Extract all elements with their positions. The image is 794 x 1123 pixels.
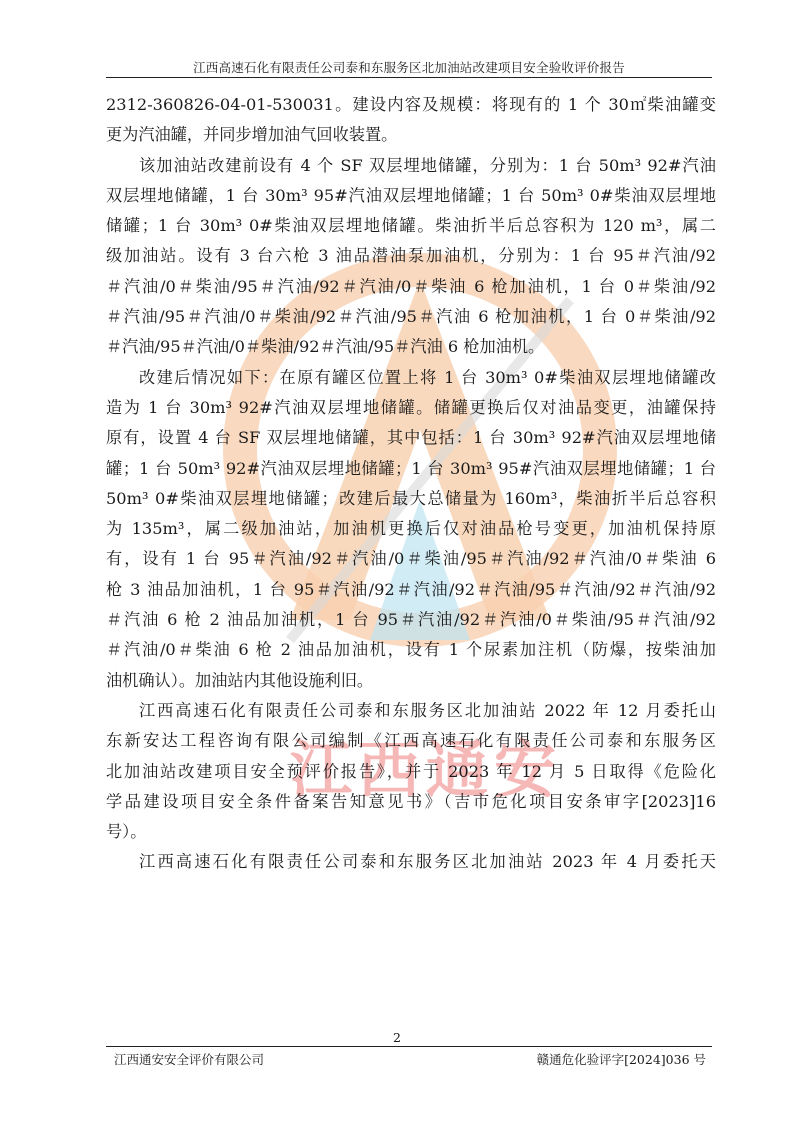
- text-line: 50m³ 0#柴油双层埋地储罐；改建后最大总储量为 160m³，柴油折半后总容积: [106, 484, 716, 514]
- text-line: 江西高速石化有限责任公司泰和东服务区北加油站 2023 年 4 月委托天: [106, 847, 716, 877]
- text-line: ＃汽油/0＃柴油/95＃汽油/92＃汽油/0＃柴油 6 枪加油机，1 台 0＃柴…: [106, 272, 716, 302]
- text-line: 储罐；1 台 30m³ 0#柴油双层埋地储罐。柴油折半后总容积为 120 m³，…: [106, 211, 716, 241]
- footer-doc-number: 赣通危化验评字[2024]036 号: [537, 1050, 706, 1068]
- text-line: 双层埋地储罐，1 台 30m³ 95#汽油双层埋地储罐；1 台 50m³ 0#柴…: [106, 181, 716, 211]
- text-line: 东新安达工程咨询有限公司编制《江西高速石化有限责任公司泰和东服务区: [106, 726, 716, 756]
- header-divider: [106, 77, 712, 78]
- text-line: 该加油站改建前设有 4 个 SF 双层埋地储罐，分别为：1 台 50m³ 92#…: [106, 151, 716, 181]
- text-line: 2312-360826-04-01-530031。建设内容及规模：将现有的 1 …: [106, 90, 716, 120]
- page-header-title: 江西高速石化有限责任公司泰和东服务区北加油站改建项目安全验收评价报告: [106, 58, 712, 76]
- text-line: 号）。: [106, 817, 716, 847]
- text-line: ＃汽油/0＃柴油 6 枪 2 油品加油机，设有 1 个尿素加注机（防爆，按柴油加: [106, 635, 716, 665]
- text-line: ＃汽油/95＃汽油/0＃柴油/92＃汽油/95＃汽油 6 枪加油机。: [106, 332, 716, 362]
- footer-divider: [106, 1046, 712, 1047]
- text-line: 江西高速石化有限责任公司泰和东服务区北加油站 2022 年 12 月委托山: [106, 696, 716, 726]
- page-number: 2: [0, 1030, 794, 1045]
- text-line: 改建后情况如下：在原有罐区位置上将 1 台 30m³ 0#柴油双层埋地储罐改: [106, 363, 716, 393]
- document-body: 2312-360826-04-01-530031。建设内容及规模：将现有的 1 …: [106, 90, 716, 878]
- text-line: 原有，设置 4 台 SF 双层埋地储罐，其中包括：1 台 30m³ 92#汽油双…: [106, 423, 716, 453]
- text-line: 造为 1 台 30m³ 92#汽油双层埋地储罐。储罐更换后仅对油品变更，油罐保持: [106, 393, 716, 423]
- text-line: ＃汽油/95＃汽油/0＃柴油/92＃汽油/95＃汽油 6 枪加油机，1 台 0＃…: [106, 302, 716, 332]
- text-line: 为 135m³，属二级加油站，加油机更换后仅对油品枪号变更，加油机保持原: [106, 514, 716, 544]
- text-line: 罐；1 台 50m³ 92#汽油双层埋地储罐；1 台 30m³ 95#汽油双层埋…: [106, 454, 716, 484]
- text-line: ＃汽油 6 枪 2 油品加油机，1 台 95＃汽油/92＃汽油/0＃柴油/95＃…: [106, 605, 716, 635]
- text-line: 学品建设项目安全条件备案告知意见书》（吉市危化项目安条审字[2023]16: [106, 787, 716, 817]
- footer-company: 江西通安安全评价有限公司: [114, 1050, 264, 1068]
- text-line: 油机确认）。加油站内其他设施利旧。: [106, 666, 716, 696]
- text-line: 北加油站改建项目安全预评价报告》，并于 2023 年 12 月 5 日取得《危险…: [106, 757, 716, 787]
- text-line: 枪 3 油品加油机，1 台 95＃汽油/92＃汽油/92＃汽油/95＃汽油/92…: [106, 575, 716, 605]
- text-line: 级加油站。设有 3 台六枪 3 油品潜油泵加油机，分别为：1 台 95＃汽油/9…: [106, 241, 716, 271]
- text-line: 更为汽油罐，并同步增加油气回收装置。: [106, 120, 716, 150]
- text-line: 有，设有 1 台 95＃汽油/92＃汽油/0＃柴油/95＃汽油/92＃汽油/0＃…: [106, 544, 716, 574]
